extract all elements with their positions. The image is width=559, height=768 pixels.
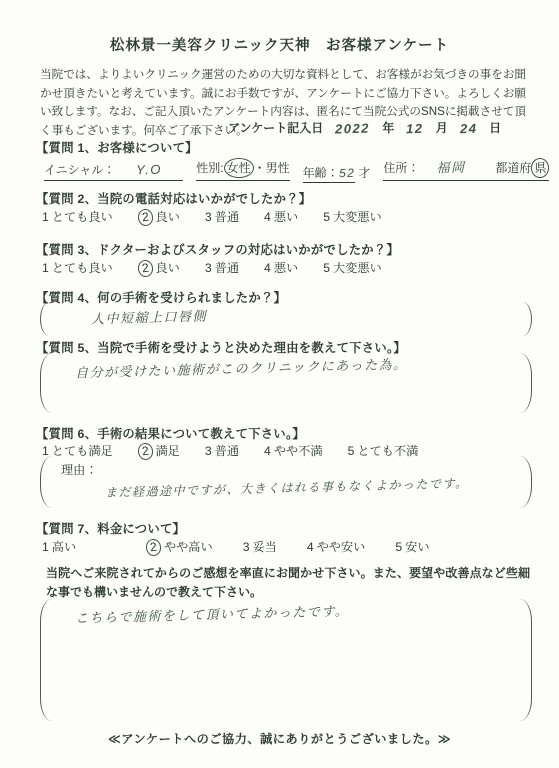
- q1-answer-row: イニシャル：Y.O 性別:女性・男性 年齢：52 才 住所：福岡 都道府県: [44, 157, 536, 181]
- option-label: 良い: [156, 210, 180, 224]
- option: 3普通: [205, 259, 239, 277]
- option-label: 大変悪い: [333, 210, 382, 224]
- gender-field: 性別:女性・男性: [196, 158, 289, 181]
- date-label: アンケート記入日: [228, 119, 323, 136]
- open-paren: [40, 599, 53, 721]
- q5-answer-handwritten: 自分が受けたい施術がこのクリニックにあった為。: [75, 354, 408, 382]
- thanks-line: ≪アンケートへのご協力、誠にありがとうございました。≫: [0, 730, 559, 747]
- option-number: 1: [42, 210, 49, 224]
- feedback-prompt: 当院へご来院されてからのご感想を率直にお聞かせ下さい。また、要望や改善点など些細…: [46, 564, 530, 602]
- option-number: 3: [205, 261, 212, 275]
- age-label: 年齢：: [303, 166, 339, 180]
- q6-reason-handwritten: まだ経過途中ですが、大きくはれる事もなくよかったです。: [105, 474, 469, 501]
- option-number: 4: [264, 210, 271, 224]
- date-year-unit: 年: [382, 119, 394, 136]
- gender-dot: ・: [254, 161, 266, 175]
- survey-date-line: アンケート記入日 2022 年 12 月 24 日: [228, 119, 501, 136]
- address-suffix: 都道府: [483, 161, 531, 175]
- option-number: 5: [323, 210, 330, 224]
- option: 4悪い: [264, 208, 298, 226]
- feedback-handwritten: こちらで施術をして頂いてよかったです。: [75, 600, 350, 626]
- option-label: 普通: [215, 210, 239, 224]
- option-label: 高い: [52, 540, 76, 554]
- option: 1とても良い: [42, 208, 113, 226]
- option-number: 3: [205, 210, 212, 224]
- option: 4やや安い: [307, 538, 366, 556]
- option-label: 安い: [405, 540, 429, 554]
- age-unit: 才: [358, 166, 370, 180]
- q6-reason-box: 理由： まだ経過途中ですが、大きくはれる事もなくよかったです。: [40, 456, 532, 508]
- gender-female-circled: 女性: [224, 158, 254, 178]
- age-underlined: 年齢：52: [303, 166, 355, 183]
- q2-heading: 【質問 2、当院の電話対応はいかがでしたか？】: [36, 189, 311, 207]
- q6-heading: 【質問 6、手術の結果について教えて下さい。】: [36, 424, 305, 442]
- close-paren: [519, 599, 532, 721]
- date-year-handwritten: 2022: [335, 121, 370, 137]
- date-month-unit: 月: [436, 119, 448, 136]
- gender-label: 性別:: [196, 161, 223, 175]
- date-day-handwritten: 24: [460, 121, 478, 136]
- close-paren: [519, 456, 532, 508]
- q4-answer-handwritten: 人中短縮上口唇側: [91, 305, 207, 327]
- address-handwritten: 福岡: [419, 156, 483, 177]
- close-paren: [519, 353, 532, 413]
- option-number: 4: [307, 540, 314, 554]
- close-paren: [519, 302, 532, 336]
- option-number: 1: [42, 540, 49, 554]
- open-paren: [40, 302, 53, 336]
- option-number: 2: [137, 259, 154, 278]
- option: 2良い: [138, 259, 180, 277]
- gender-male: 男性: [266, 161, 290, 175]
- option: 2良い: [138, 208, 180, 226]
- open-paren: [40, 353, 53, 413]
- option-number: 5: [395, 540, 402, 554]
- option-label: とても良い: [52, 261, 113, 275]
- initial-label: イニシャル：: [44, 163, 115, 177]
- option-number: 2: [145, 538, 162, 557]
- address-label: 住所：: [383, 161, 419, 175]
- option: 2やや高い: [146, 538, 213, 556]
- date-month-handwritten: 12: [406, 121, 424, 136]
- option-label: 普通: [215, 261, 239, 275]
- option: 3妥当: [243, 538, 277, 556]
- address-field: 住所：福岡 都道府県: [383, 157, 549, 181]
- option: 5大変悪い: [323, 259, 382, 277]
- option-label: 妥当: [252, 540, 276, 554]
- option-label: 悪い: [274, 261, 298, 275]
- option-number: 1: [42, 261, 49, 275]
- age-field: 年齢：52 才: [303, 164, 371, 181]
- option-number: 3: [243, 540, 250, 554]
- option: 4悪い: [264, 259, 298, 277]
- feedback-answer-box: こちらで施術をして頂いてよかったです。: [40, 599, 532, 721]
- option: 5大変悪い: [323, 208, 382, 226]
- q5-answer-box: 自分が受けたい施術がこのクリニックにあった為。: [40, 353, 532, 413]
- option-label: 良い: [156, 261, 180, 275]
- option-number: 2: [137, 208, 154, 227]
- page-title: 松林景一美容クリニック天神 お客様アンケート: [0, 34, 559, 55]
- initial-field: イニシャル：Y.O: [44, 161, 183, 181]
- option-label: やや高い: [164, 540, 213, 554]
- q7-options: 1高い 2やや高い 3妥当 4やや安い 5安い: [42, 538, 430, 556]
- option: 5安い: [395, 538, 429, 556]
- age-handwritten: 52: [339, 166, 356, 180]
- survey-scan-page: 松林景一美容クリニック天神 お客様アンケート 当院では、よりよいクリニック運営の…: [0, 0, 559, 768]
- address-prefecture-circled: 県: [531, 158, 549, 178]
- q4-answer-box: 人中短縮上口唇側: [40, 302, 532, 336]
- q7-heading: 【質問 7、料金について】: [36, 519, 185, 537]
- q1-heading: 【質問 1、お客様について】: [36, 138, 198, 156]
- open-paren: [40, 456, 53, 508]
- initial-handwritten: Y.O: [115, 161, 183, 178]
- option: 1高い: [42, 538, 76, 556]
- option-label: やや安い: [317, 540, 366, 554]
- option-label: 大変悪い: [333, 261, 382, 275]
- option-number: 5: [323, 261, 330, 275]
- option: 3普通: [205, 208, 239, 226]
- option: 1とても良い: [42, 259, 113, 277]
- date-day-unit: 日: [489, 119, 501, 136]
- option-label: 悪い: [274, 210, 298, 224]
- option-number: 4: [264, 261, 271, 275]
- option-label: とても良い: [52, 210, 113, 224]
- q2-options: 1とても良い 2良い 3普通 4悪い 5大変悪い: [42, 208, 382, 226]
- q3-heading: 【質問 3、ドクターおよびスタッフの対応はいかがでしたか？】: [36, 240, 399, 258]
- q3-options: 1とても良い 2良い 3普通 4悪い 5大変悪い: [42, 259, 382, 277]
